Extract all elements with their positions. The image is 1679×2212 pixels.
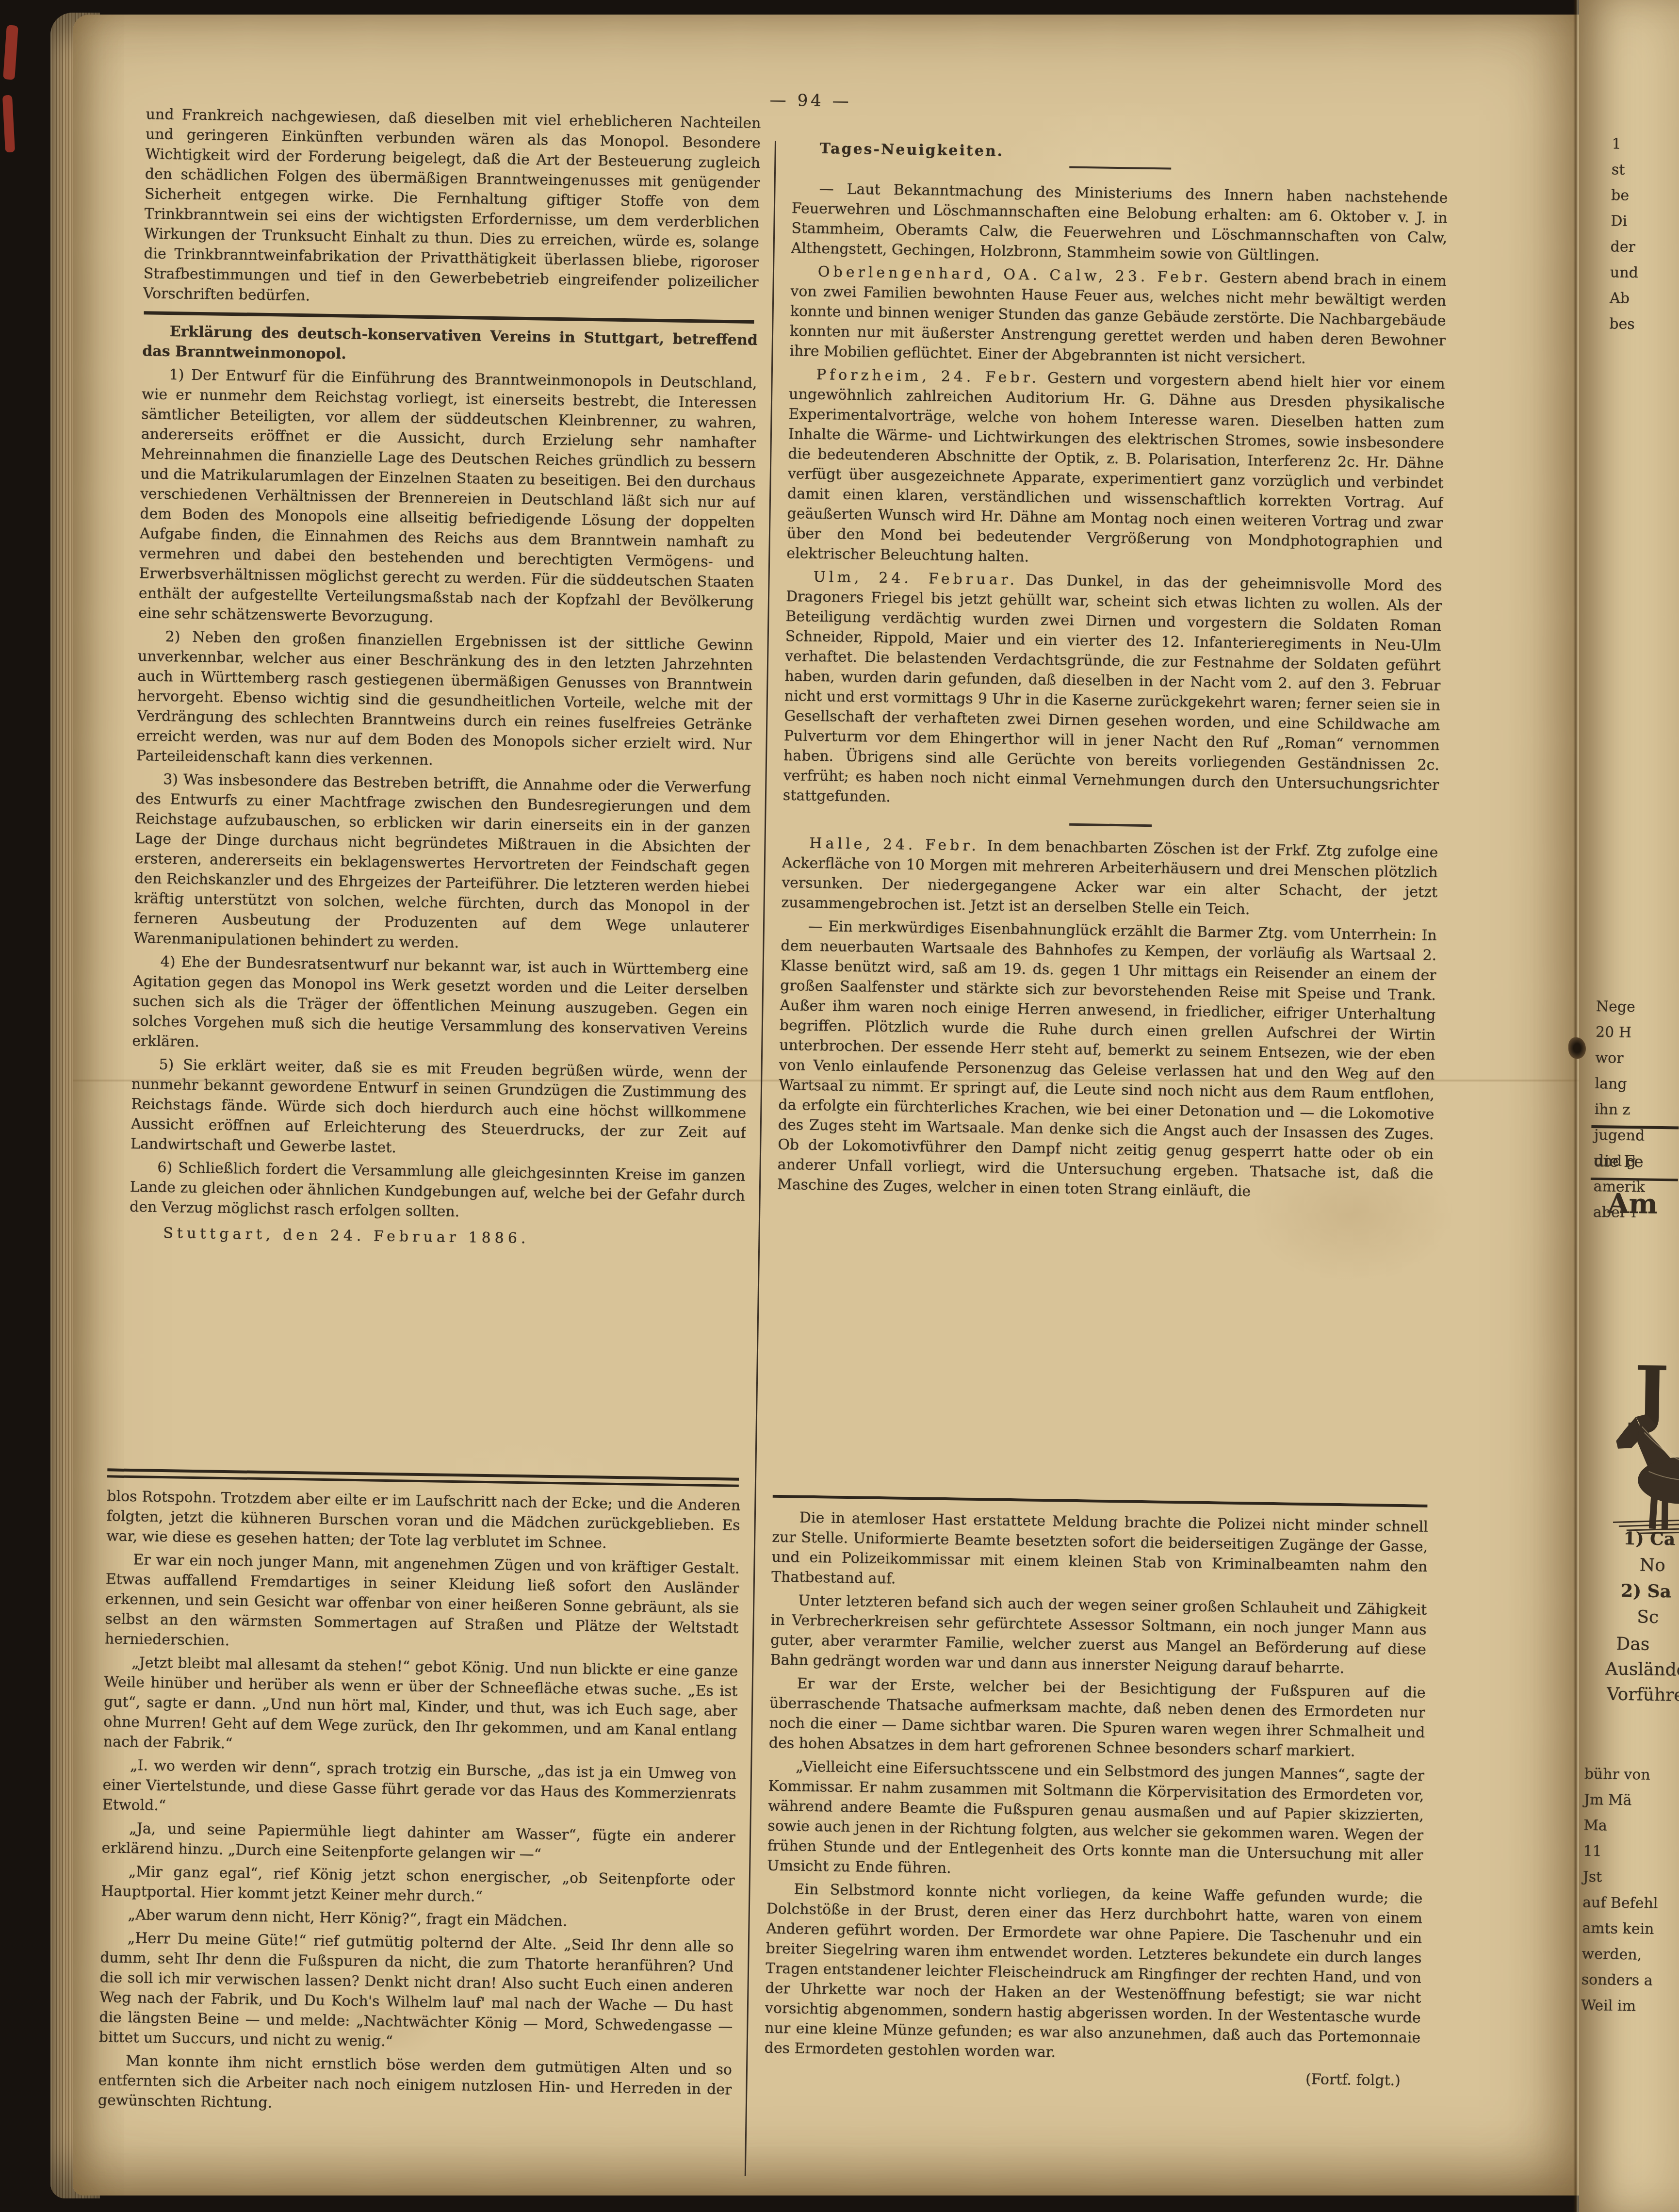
- article-paragraph: 3) Was insbesondere das Bestreben betrif…: [133, 769, 751, 957]
- news-dateline: Oberlengenhard, OA. Calw, 23. Febr.: [818, 263, 1212, 286]
- news-dateline: Pforzheim, 24. Febr.: [816, 366, 1040, 387]
- text-fragment: 1: [1612, 135, 1640, 162]
- newspaper-page: — 94 — und Frankreich nachgewiesen, daß …: [73, 15, 1579, 2196]
- headline-rule: [144, 311, 754, 324]
- ad-text-fragment: Sc: [1637, 1607, 1659, 1627]
- article-paragraph: 4) Ehe der Bundesratsentwurf nur bekannt…: [132, 951, 749, 1060]
- text-fragment: ihn z: [1594, 1101, 1646, 1127]
- feuilleton-right-column: Die in atemloser Hast erstattete Meldung…: [763, 1495, 1429, 2190]
- news-dateline: Halle, 24. Febr.: [809, 835, 979, 854]
- news-item: — Laut Bekanntmachung des Ministeriums d…: [791, 179, 1448, 268]
- text-fragment: lang: [1595, 1075, 1646, 1101]
- feuilleton-paragraph: Die in atemloser Hast erstattete Meldung…: [771, 1507, 1428, 1597]
- text-fragment: Jm Mä: [1584, 1791, 1660, 1818]
- ad-text-fragment: Vorführe: [1607, 1684, 1679, 1705]
- text-fragment: Nege: [1596, 998, 1647, 1024]
- feuilleton-paragraph: Ein Selbstmord konnte nicht vorliegen, d…: [764, 1879, 1422, 2068]
- adjacent-page-content: 1 st be Di der und Ab bes Nege 20 H wor …: [1579, 0, 1679, 2212]
- text-fragment: bühr von: [1584, 1766, 1660, 1792]
- ad-text-fragment: No: [1640, 1555, 1666, 1575]
- article-dateline: Stuttgart, den 24. Februar 1886.: [129, 1223, 744, 1252]
- ad-list-item-fragment: 1) Ca: [1623, 1528, 1675, 1549]
- text-fragment: Ma: [1583, 1817, 1659, 1844]
- text-fragment: und: [1610, 264, 1638, 290]
- feuilleton-paragraph: „Mir ganz egal“, rief König jetzt schon …: [101, 1861, 735, 1910]
- feuilleton-paragraph: „Herr Du meine Güte!“ rief gutmütig polt…: [99, 1928, 734, 2056]
- adjacent-page-sliver: 1 st be Di der und Ab bes Nege 20 H wor …: [1579, 0, 1679, 2212]
- text-fragment: werden,: [1581, 1946, 1657, 1972]
- text-fragment: Weil im: [1581, 1997, 1657, 2024]
- feuilleton-paragraph: Er war der Erste, welcher bei der Besich…: [769, 1673, 1426, 1763]
- text-fragment: bes: [1609, 315, 1638, 342]
- printed-content: — 94 — und Frankreich nachgewiesen, daß …: [73, 15, 1579, 2196]
- red-ink-mark: [3, 25, 18, 80]
- text-fragment: sonders a: [1581, 1971, 1657, 1998]
- text-fragment: be: [1611, 187, 1640, 213]
- feuilleton-separator-rule: [107, 1468, 739, 1487]
- article-paragraph: 2) Neben den großen finanziellen Ergebni…: [136, 626, 753, 775]
- news-item: Pforzheim, 24. Febr.Gestern und vorgeste…: [786, 364, 1445, 573]
- feuilleton-paragraph: Man konnte ihm nicht ernstlich böse werd…: [98, 2050, 733, 2119]
- text-fragment: wor: [1595, 1049, 1647, 1076]
- news-item: Halle, 24. Febr.In dem benachbarten Zösc…: [781, 833, 1438, 922]
- cutoff-text-fragments: bühr von Jm Mä Ma 11 Jst auf Befehl amts…: [1581, 1766, 1660, 2024]
- red-ink-mark: [2, 95, 15, 153]
- feuilleton-paragraph: Unter letzteren befand sich auch der weg…: [770, 1590, 1427, 1680]
- horse-front-leg: [1662, 1493, 1668, 1529]
- section-header-fragment: Am: [1608, 1191, 1658, 1216]
- horse-body: [1638, 1457, 1679, 1505]
- news-item: — Ein merkwürdiges Eisenbahnunglück erzä…: [777, 916, 1437, 1204]
- feuilleton-left-column: blos Rotspohn. Trotzdem aber eilte er im…: [97, 1459, 741, 2179]
- text-fragment: Jst: [1582, 1868, 1658, 1895]
- article-continuation-paragraph: und Frankreich nachgewiesen, daß dieselb…: [143, 104, 761, 312]
- text-fragment: auf Befehl: [1582, 1894, 1658, 1921]
- news-text: Gestern und vorgestern abend hielt hier …: [786, 370, 1445, 565]
- article-headline: Erklärung des deutsch-konservativen Vere…: [142, 321, 758, 370]
- feuilleton-paragraph: „Vielleicht eine Eifersuchtsscene und ei…: [767, 1756, 1425, 1885]
- text-fragment: Ab: [1610, 290, 1638, 316]
- feuilleton-paragraph: „Jetzt bleibt mal allesamt da stehen!“ g…: [103, 1652, 738, 1761]
- feuilleton-separator-rule: [772, 1495, 1427, 1507]
- cutoff-text-fragments: 1 st be Di der und Ab bes: [1609, 135, 1640, 342]
- text-fragment: der: [1610, 238, 1639, 264]
- news-item: Ulm, 24. Februar.Das Dunkel, in das der …: [783, 567, 1442, 815]
- text-fragment: amts kein: [1582, 1920, 1658, 1947]
- ad-list-item-fragment: 2) Sa: [1621, 1581, 1672, 1602]
- title-rule: [1069, 166, 1171, 169]
- horse-illustration: [1609, 1413, 1679, 1536]
- ad-text-fragment: Das: [1616, 1634, 1649, 1655]
- ad-text-fragment: Ausländer: [1605, 1659, 1679, 1680]
- text-fragment: st: [1611, 161, 1640, 187]
- right-column: Tages-Neuigkeiten. — Laut Bekanntmachung…: [773, 138, 1449, 1488]
- article-paragraph: 6) Schließlich fordert die Versammlung a…: [130, 1157, 746, 1226]
- article-paragraph: 1) Der Entwurf für die Einführung des Br…: [138, 364, 757, 632]
- text-fragment: 11: [1583, 1843, 1659, 1869]
- feuilleton-paragraph: Er war ein noch junger Mann, mit angeneh…: [105, 1549, 740, 1658]
- news-text: Das Dunkel, in das der geheimnisvolle Mo…: [783, 572, 1442, 805]
- article-paragraph: 5) Sie erklärt weiter, daß sie es mit Fr…: [130, 1054, 747, 1163]
- news-dateline: Ulm, 24. Februar.: [813, 569, 1018, 589]
- text-fragment: Di: [1611, 213, 1639, 239]
- item-separator-rule: [1069, 823, 1152, 827]
- text-fragment: 20 H: [1596, 1024, 1647, 1050]
- feuilleton-paragraph: „Ja, und seine Papiermühle liegt dahinte…: [101, 1818, 735, 1867]
- feuilleton-paragraph: „I. wo werden wir denn“, sprach trotzig …: [102, 1755, 737, 1824]
- news-item: Oberlengenhard, OA. Calw, 23. Febr.Geste…: [789, 262, 1447, 371]
- left-column: und Frankreich nachgewiesen, daß dieselb…: [126, 104, 761, 1467]
- wormhole: [1568, 1037, 1586, 1059]
- text-fragment: die Fe: [1594, 1148, 1644, 1174]
- section-title: Tages-Neuigkeiten.: [792, 138, 1448, 168]
- feuilleton-paragraph: blos Rotspohn. Trotzdem aber eilte er im…: [106, 1486, 741, 1555]
